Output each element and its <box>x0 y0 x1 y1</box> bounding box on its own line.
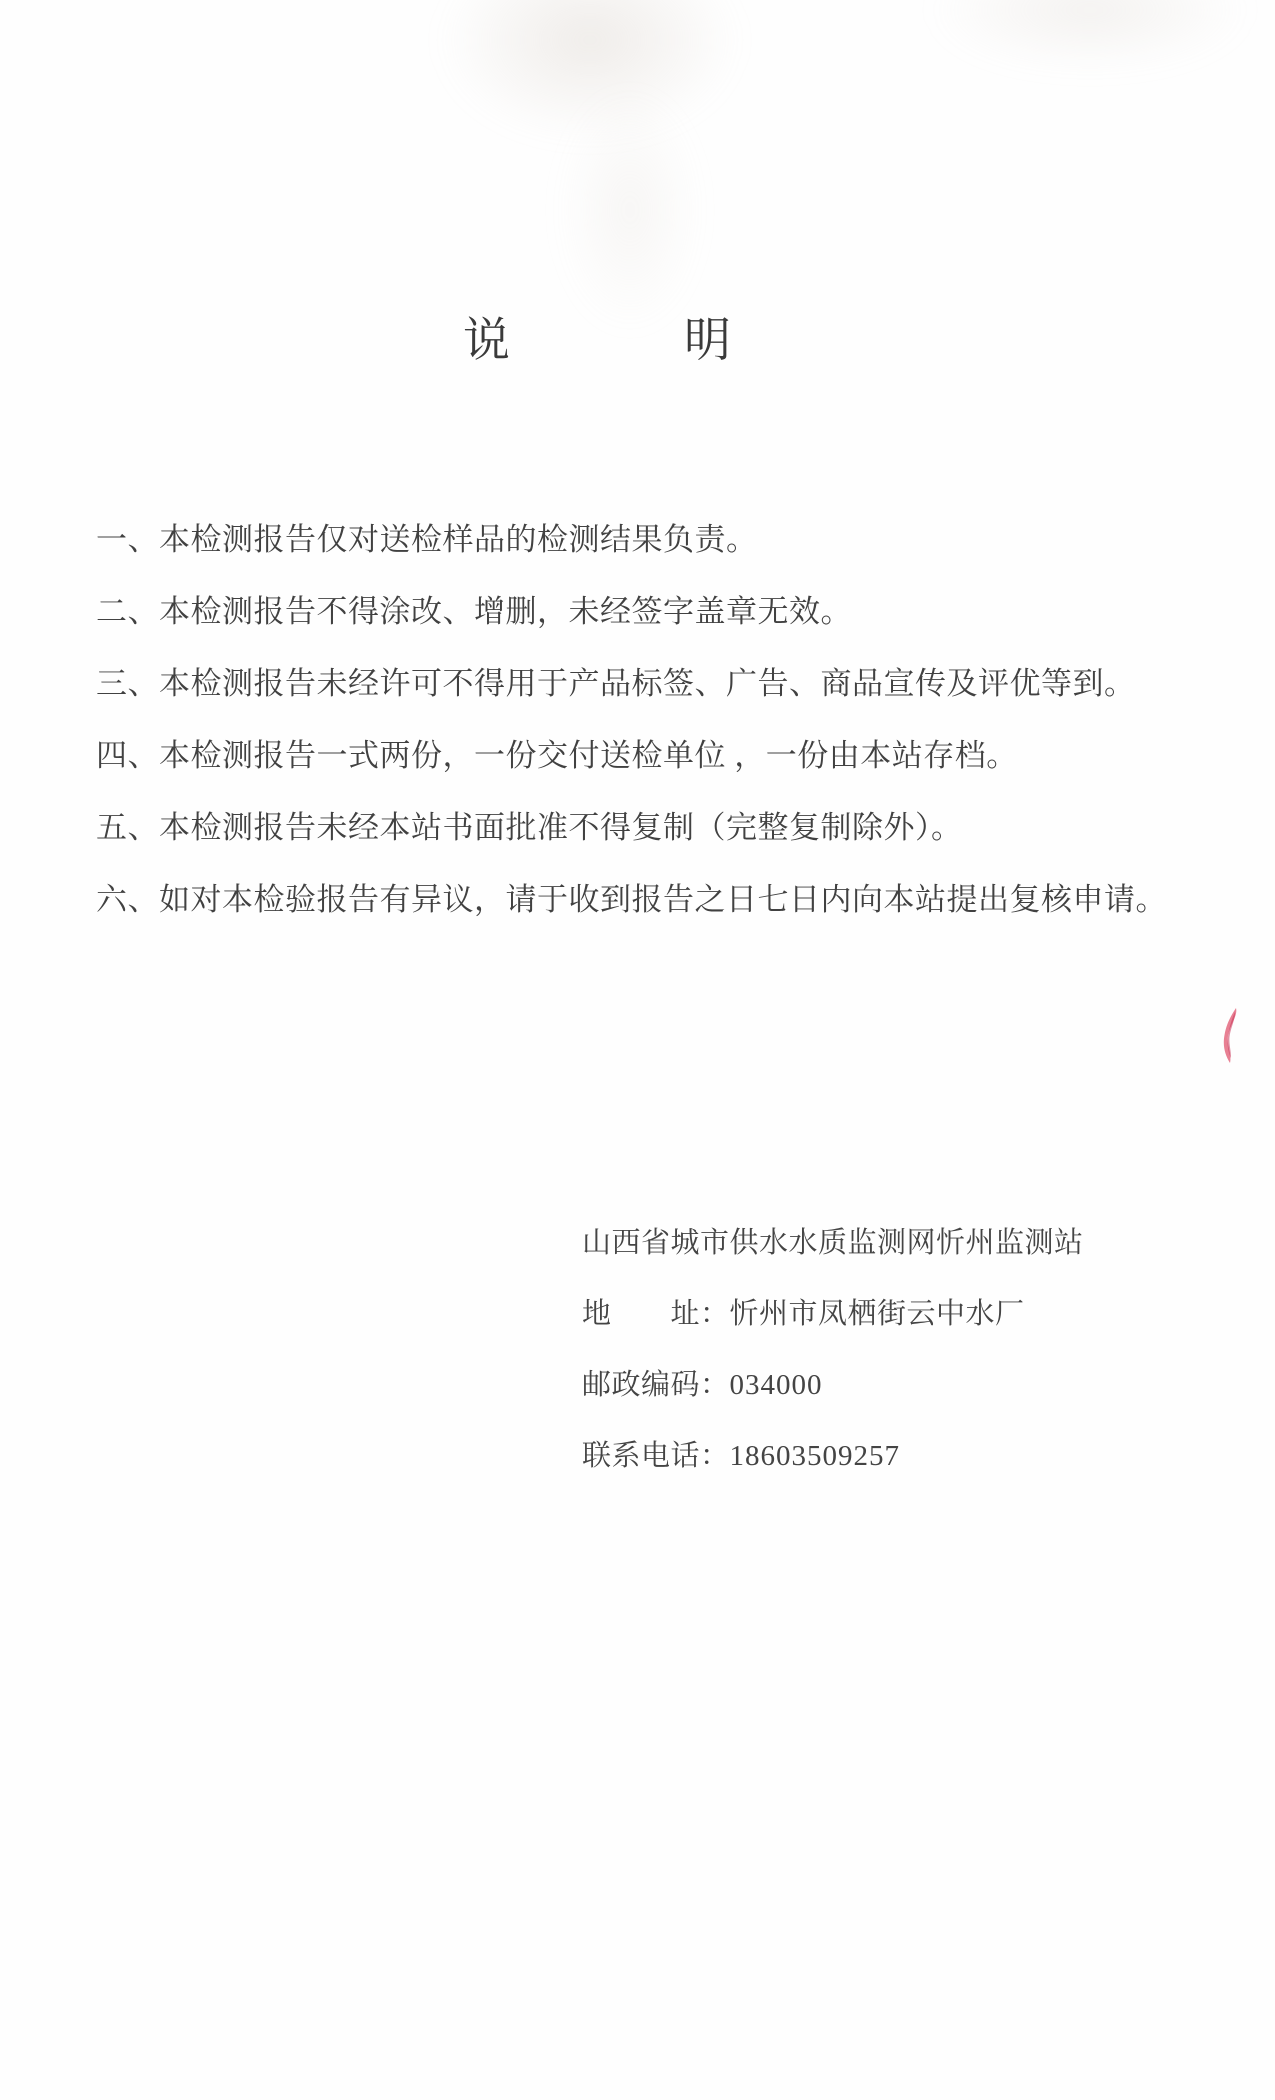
red-ink-mark <box>1220 1006 1244 1066</box>
note-item: 三、本检测报告未经许可不得用于产品标签、广告、商品宣传及评优等到。 <box>96 648 1186 720</box>
note-item: 一、本检测报告仅对送检样品的检测结果负责。 <box>96 504 1186 576</box>
note-item: 六、如对本检验报告有异议，请于收到报告之日七日内向本站提出复核申请。 <box>96 864 1186 936</box>
address-value: 忻州市凤栖街云中水厂 <box>730 1298 1025 1330</box>
organization-name: 山西省城市供水水质监测网忻州监测站 <box>582 1208 1084 1279</box>
notes-list: 一、本检测报告仅对送检样品的检测结果负责。 二、本检测报告不得涂改、增删，未经签… <box>96 504 1186 936</box>
page-title: 说明 <box>463 316 905 368</box>
address-label: 地 址： <box>582 1298 730 1330</box>
scanned-report-notes-page: 说明 一、本检测报告仅对送检样品的检测结果负责。 二、本检测报告不得涂改、增删，… <box>0 0 1275 2100</box>
phone-value: 18603509257 <box>730 1440 901 1472</box>
postal-line: 邮政编码：034000 <box>582 1350 1084 1421</box>
scan-smudge <box>560 90 700 330</box>
phone-line: 联系电话：18603509257 <box>582 1421 1084 1492</box>
note-item: 四、本检测报告一式两份，一份交付送检单位 ，一份由本站存档。 <box>96 720 1186 792</box>
note-item: 二、本检测报告不得涂改、增删，未经签字盖章无效。 <box>96 576 1186 648</box>
postal-label: 邮政编码： <box>582 1369 730 1401</box>
note-item: 五、本检测报告未经本站书面批准不得复制（完整复制除外）。 <box>96 792 1186 864</box>
contact-block: 山西省城市供水水质监测网忻州监测站 地 址：忻州市凤栖街云中水厂 邮政编码：03… <box>582 1208 1084 1492</box>
address-line: 地 址：忻州市凤栖街云中水厂 <box>582 1279 1084 1350</box>
phone-label: 联系电话： <box>582 1440 730 1472</box>
postal-value: 034000 <box>730 1369 823 1401</box>
scan-smudge <box>930 0 1250 70</box>
scan-smudge <box>440 0 740 140</box>
